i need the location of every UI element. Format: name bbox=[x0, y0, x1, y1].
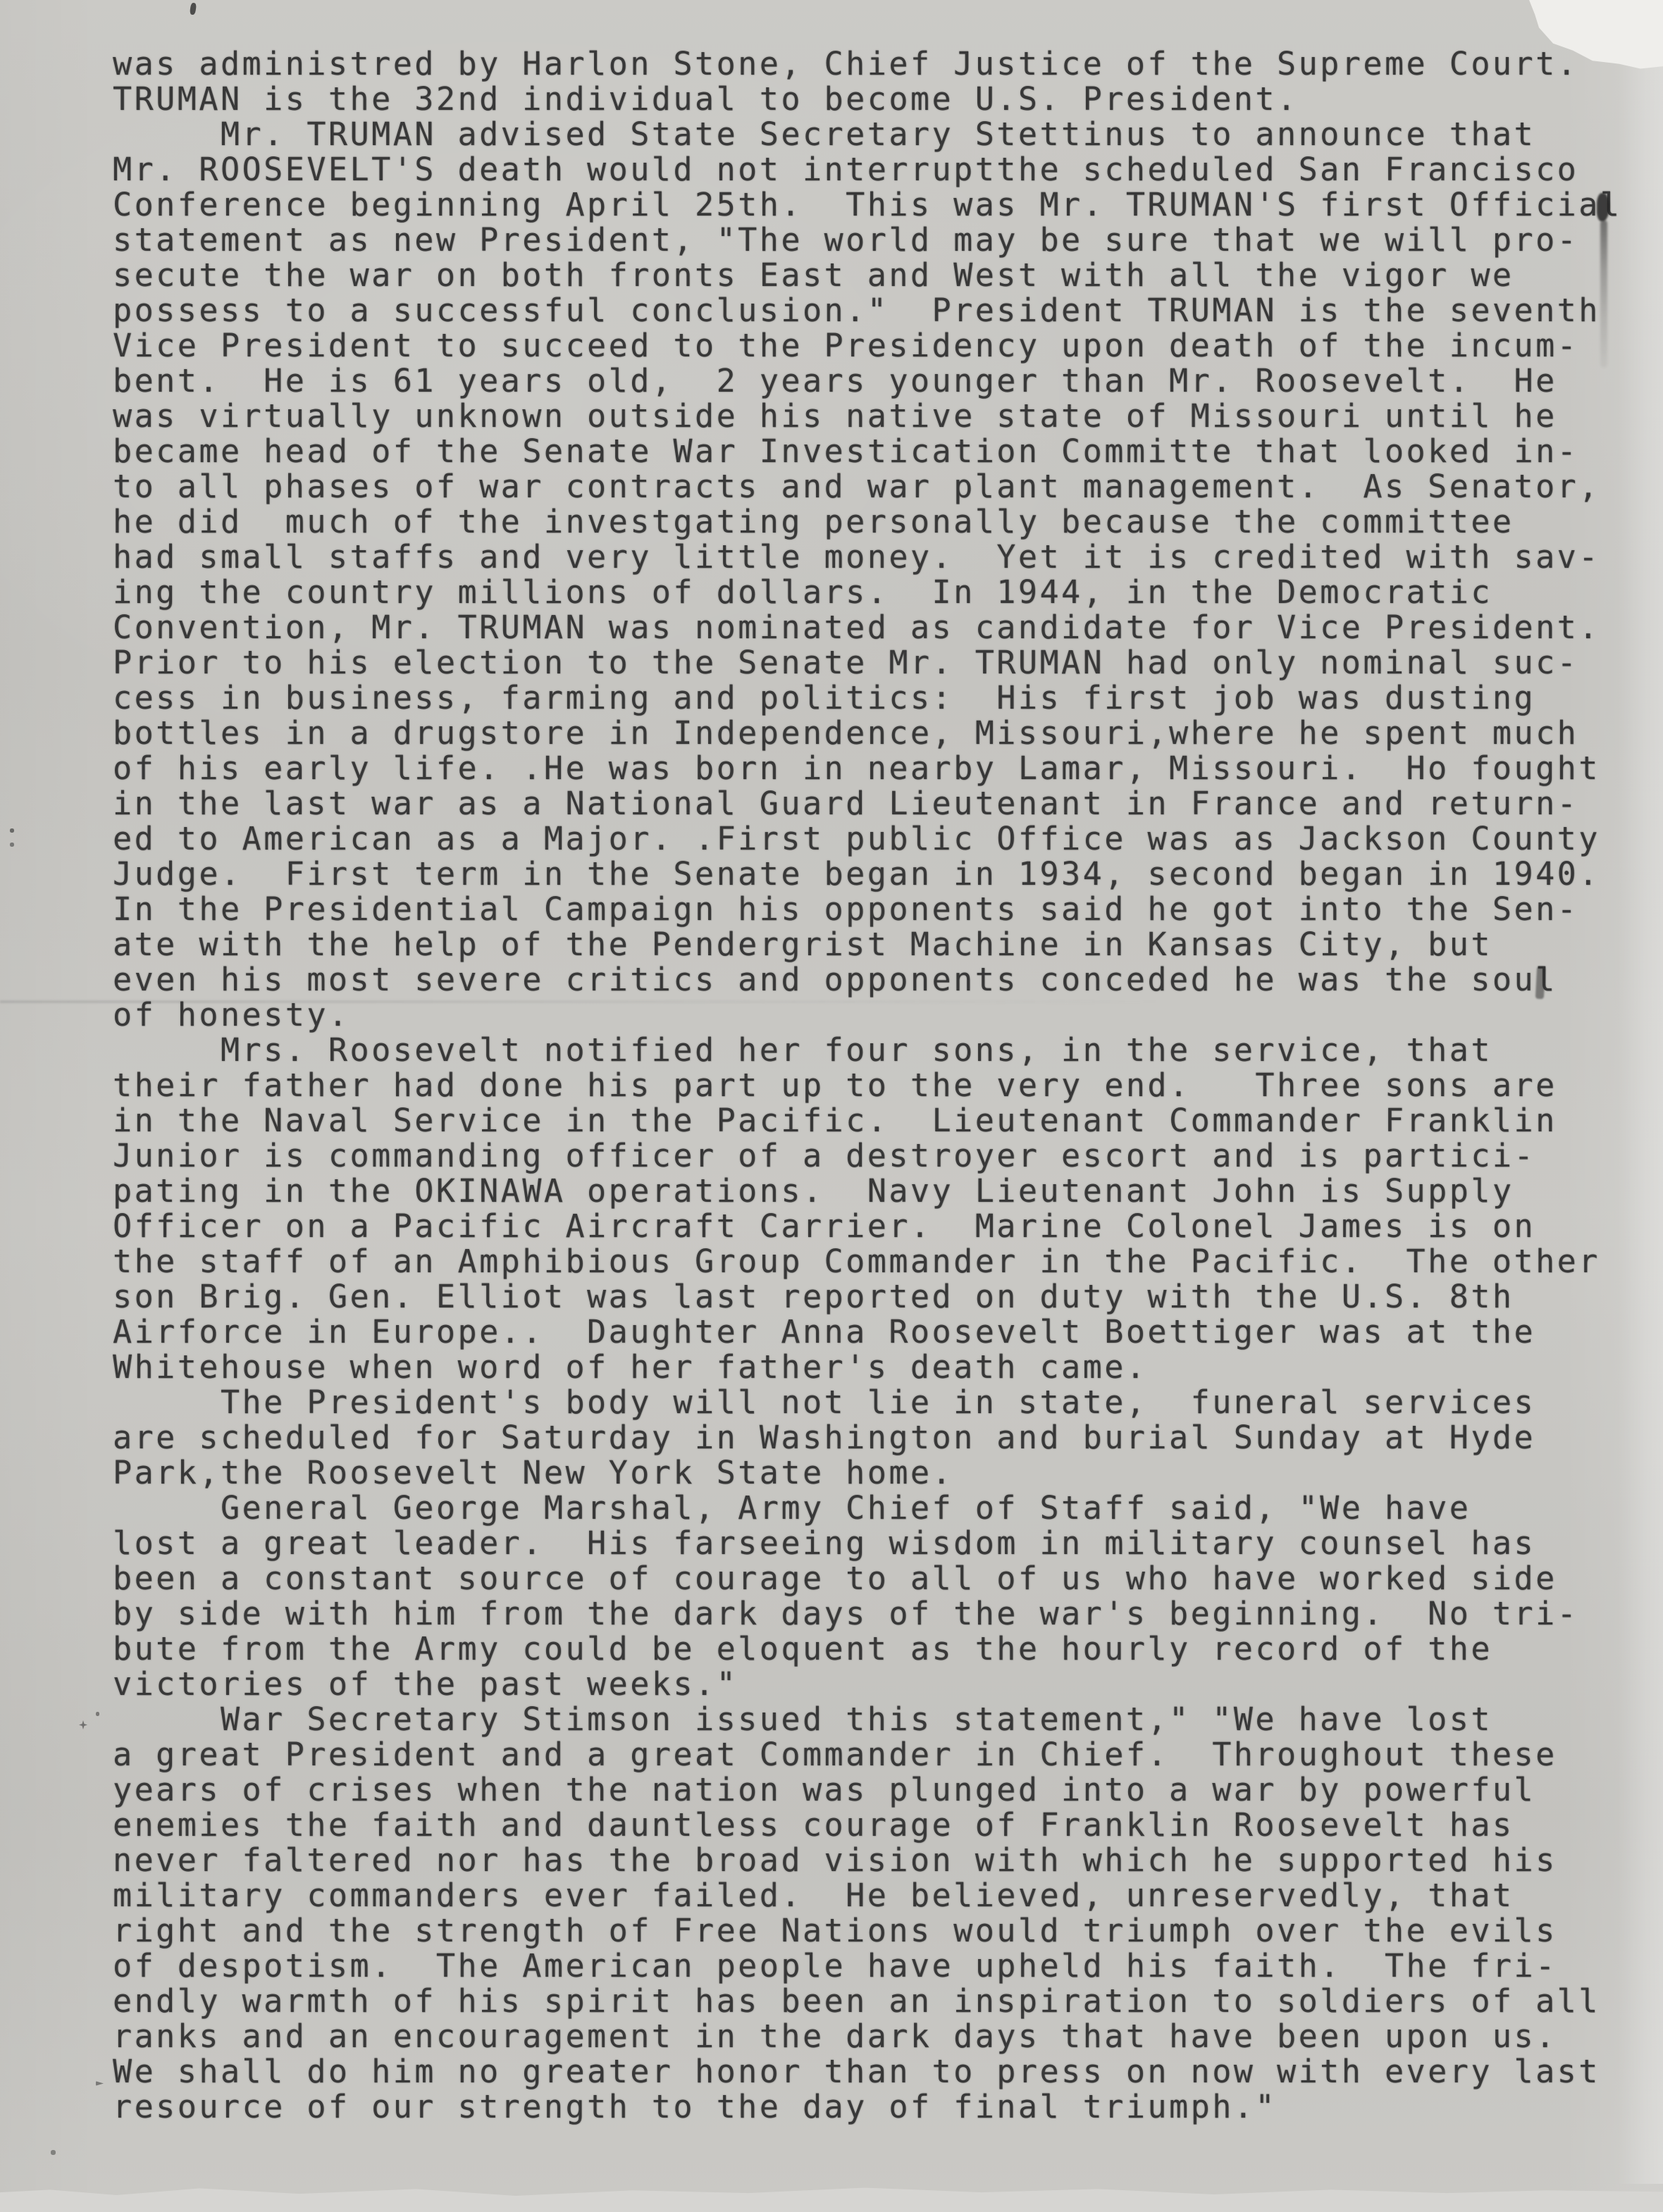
text-line: had small staffs and very little money. … bbox=[113, 540, 1621, 575]
text-line: War Secretary Stimson issued this statem… bbox=[113, 1702, 1621, 1737]
stray-mark bbox=[96, 2080, 104, 2087]
text-line: We shall do him no greater honor than to… bbox=[113, 2054, 1621, 2089]
stray-mark bbox=[190, 3, 197, 15]
text-line: the staff of an Amphibious Group Command… bbox=[113, 1244, 1621, 1279]
text-line: statement as new President, "The world m… bbox=[113, 223, 1621, 258]
text-line: never faltered nor has the broad vision … bbox=[113, 1843, 1621, 1878]
text-line: Judge. First term in the Senate began in… bbox=[113, 857, 1621, 892]
text-line: in the Naval Service in the Pacific. Lie… bbox=[113, 1103, 1621, 1138]
text-line: cess in business, farming and politics: … bbox=[113, 681, 1621, 716]
text-line: enemies the faith and dauntless courage … bbox=[113, 1808, 1621, 1843]
text-line: Mr. ROOSEVELT'S death would not interrup… bbox=[113, 152, 1621, 187]
stray-mark bbox=[51, 2150, 56, 2155]
text-line: he did much of the investgating personal… bbox=[113, 504, 1621, 540]
paper-right-edge-highlight bbox=[1618, 0, 1663, 2184]
text-line: was administred by Harlon Stone, Chief J… bbox=[113, 46, 1621, 82]
text-line: to all phases of war contracts and war p… bbox=[113, 469, 1621, 504]
text-line: son Brig. Gen. Elliot was last reported … bbox=[113, 1279, 1621, 1315]
text-line: Vice President to succeed to the Preside… bbox=[113, 328, 1621, 364]
text-line: was virtually unknown outside his native… bbox=[113, 399, 1621, 434]
text-line: Prior to his election to the Senate Mr. … bbox=[113, 645, 1621, 681]
text-line: resource of our strength to the day of f… bbox=[113, 2089, 1621, 2125]
text-line: General George Marshal, Army Chief of St… bbox=[113, 1491, 1621, 1526]
text-line: secute the war on both fronts East and W… bbox=[113, 258, 1621, 293]
text-line: victories of the past weeks." bbox=[113, 1667, 1621, 1702]
text-line: Officer on a Pacific Aircraft Carrier. M… bbox=[113, 1209, 1621, 1244]
text-line: ate with the help of the Pendergrist Mac… bbox=[113, 927, 1621, 962]
text-line: in the last war as a National Guard Lieu… bbox=[113, 786, 1621, 821]
text-line: ranks and an encouragement in the dark d… bbox=[113, 2019, 1621, 2054]
text-line: ed to American as a Major. .First public… bbox=[113, 821, 1621, 857]
text-line: years of crises when the nation was plun… bbox=[113, 1772, 1621, 1808]
text-line: The President's body will not lie in sta… bbox=[113, 1385, 1621, 1420]
text-line: of despotism. The American people have u… bbox=[113, 1949, 1621, 1984]
text-line: became head of the Senate War Investicat… bbox=[113, 434, 1621, 469]
stray-mark bbox=[96, 1712, 99, 1716]
text-line: bottles in a drugstore in Independence, … bbox=[113, 716, 1621, 751]
text-line: TRUMAN is the 32nd individual to become … bbox=[113, 82, 1621, 117]
text-line: pating in the OKINAWA operations. Navy L… bbox=[113, 1174, 1621, 1209]
text-line: Mrs. Roosevelt notified her four sons, i… bbox=[113, 1033, 1621, 1068]
text-line: Convention, Mr. TRUMAN was nominated as … bbox=[113, 610, 1621, 645]
text-line: possess to a successful conclusion." Pre… bbox=[113, 293, 1621, 328]
text-line: right and the strength of Free Nations w… bbox=[113, 1913, 1621, 1949]
ink-smudge-streak bbox=[1600, 220, 1607, 368]
text-line: Whitehouse when word of her father's dea… bbox=[113, 1350, 1621, 1385]
text-line: Park,the Roosevelt New York State home. bbox=[113, 1455, 1621, 1491]
document-text: was administred by Harlon Stone, Chief J… bbox=[113, 46, 1621, 2125]
text-line: Junior is commanding officer of a destro… bbox=[113, 1138, 1621, 1174]
text-line: Airforce in Europe.. Daughter Anna Roose… bbox=[113, 1315, 1621, 1350]
text-line: been a constant source of courage to all… bbox=[113, 1561, 1621, 1596]
text-line: a great President and a great Commander … bbox=[113, 1737, 1621, 1772]
text-line: lost a great leader. His farseeing wisdo… bbox=[113, 1526, 1621, 1561]
text-line: of honesty. bbox=[113, 998, 1621, 1033]
text-line: their father had done his part up to the… bbox=[113, 1068, 1621, 1103]
text-line: bent. He is 61 years old, 2 years younge… bbox=[113, 364, 1621, 399]
text-line: Mr. TRUMAN advised State Secretary Stett… bbox=[113, 117, 1621, 152]
stray-mark bbox=[79, 1720, 87, 1729]
text-line: by side with him from the dark days of t… bbox=[113, 1596, 1621, 1632]
stray-mark bbox=[1535, 967, 1545, 1000]
text-line: of his early life. .He was born in nearb… bbox=[113, 751, 1621, 786]
paper-sheet: was administred by Harlon Stone, Chief J… bbox=[0, 0, 1663, 2212]
text-line: bute from the Army could be eloquent as … bbox=[113, 1632, 1621, 1667]
text-line: ing the country millions of dollars. In … bbox=[113, 575, 1621, 610]
text-line: Conference beginning April 25th. This wa… bbox=[113, 187, 1621, 223]
text-line: are scheduled for Saturday in Washington… bbox=[113, 1420, 1621, 1455]
stray-mark bbox=[10, 828, 14, 833]
text-line: In the Presidential Campaign his opponen… bbox=[113, 892, 1621, 927]
text-line: endly warmth of his spirit has been an i… bbox=[113, 1984, 1621, 2019]
text-line: even his most severe critics and opponen… bbox=[113, 962, 1621, 998]
text-line: military commanders ever failed. He beli… bbox=[113, 1878, 1621, 1913]
